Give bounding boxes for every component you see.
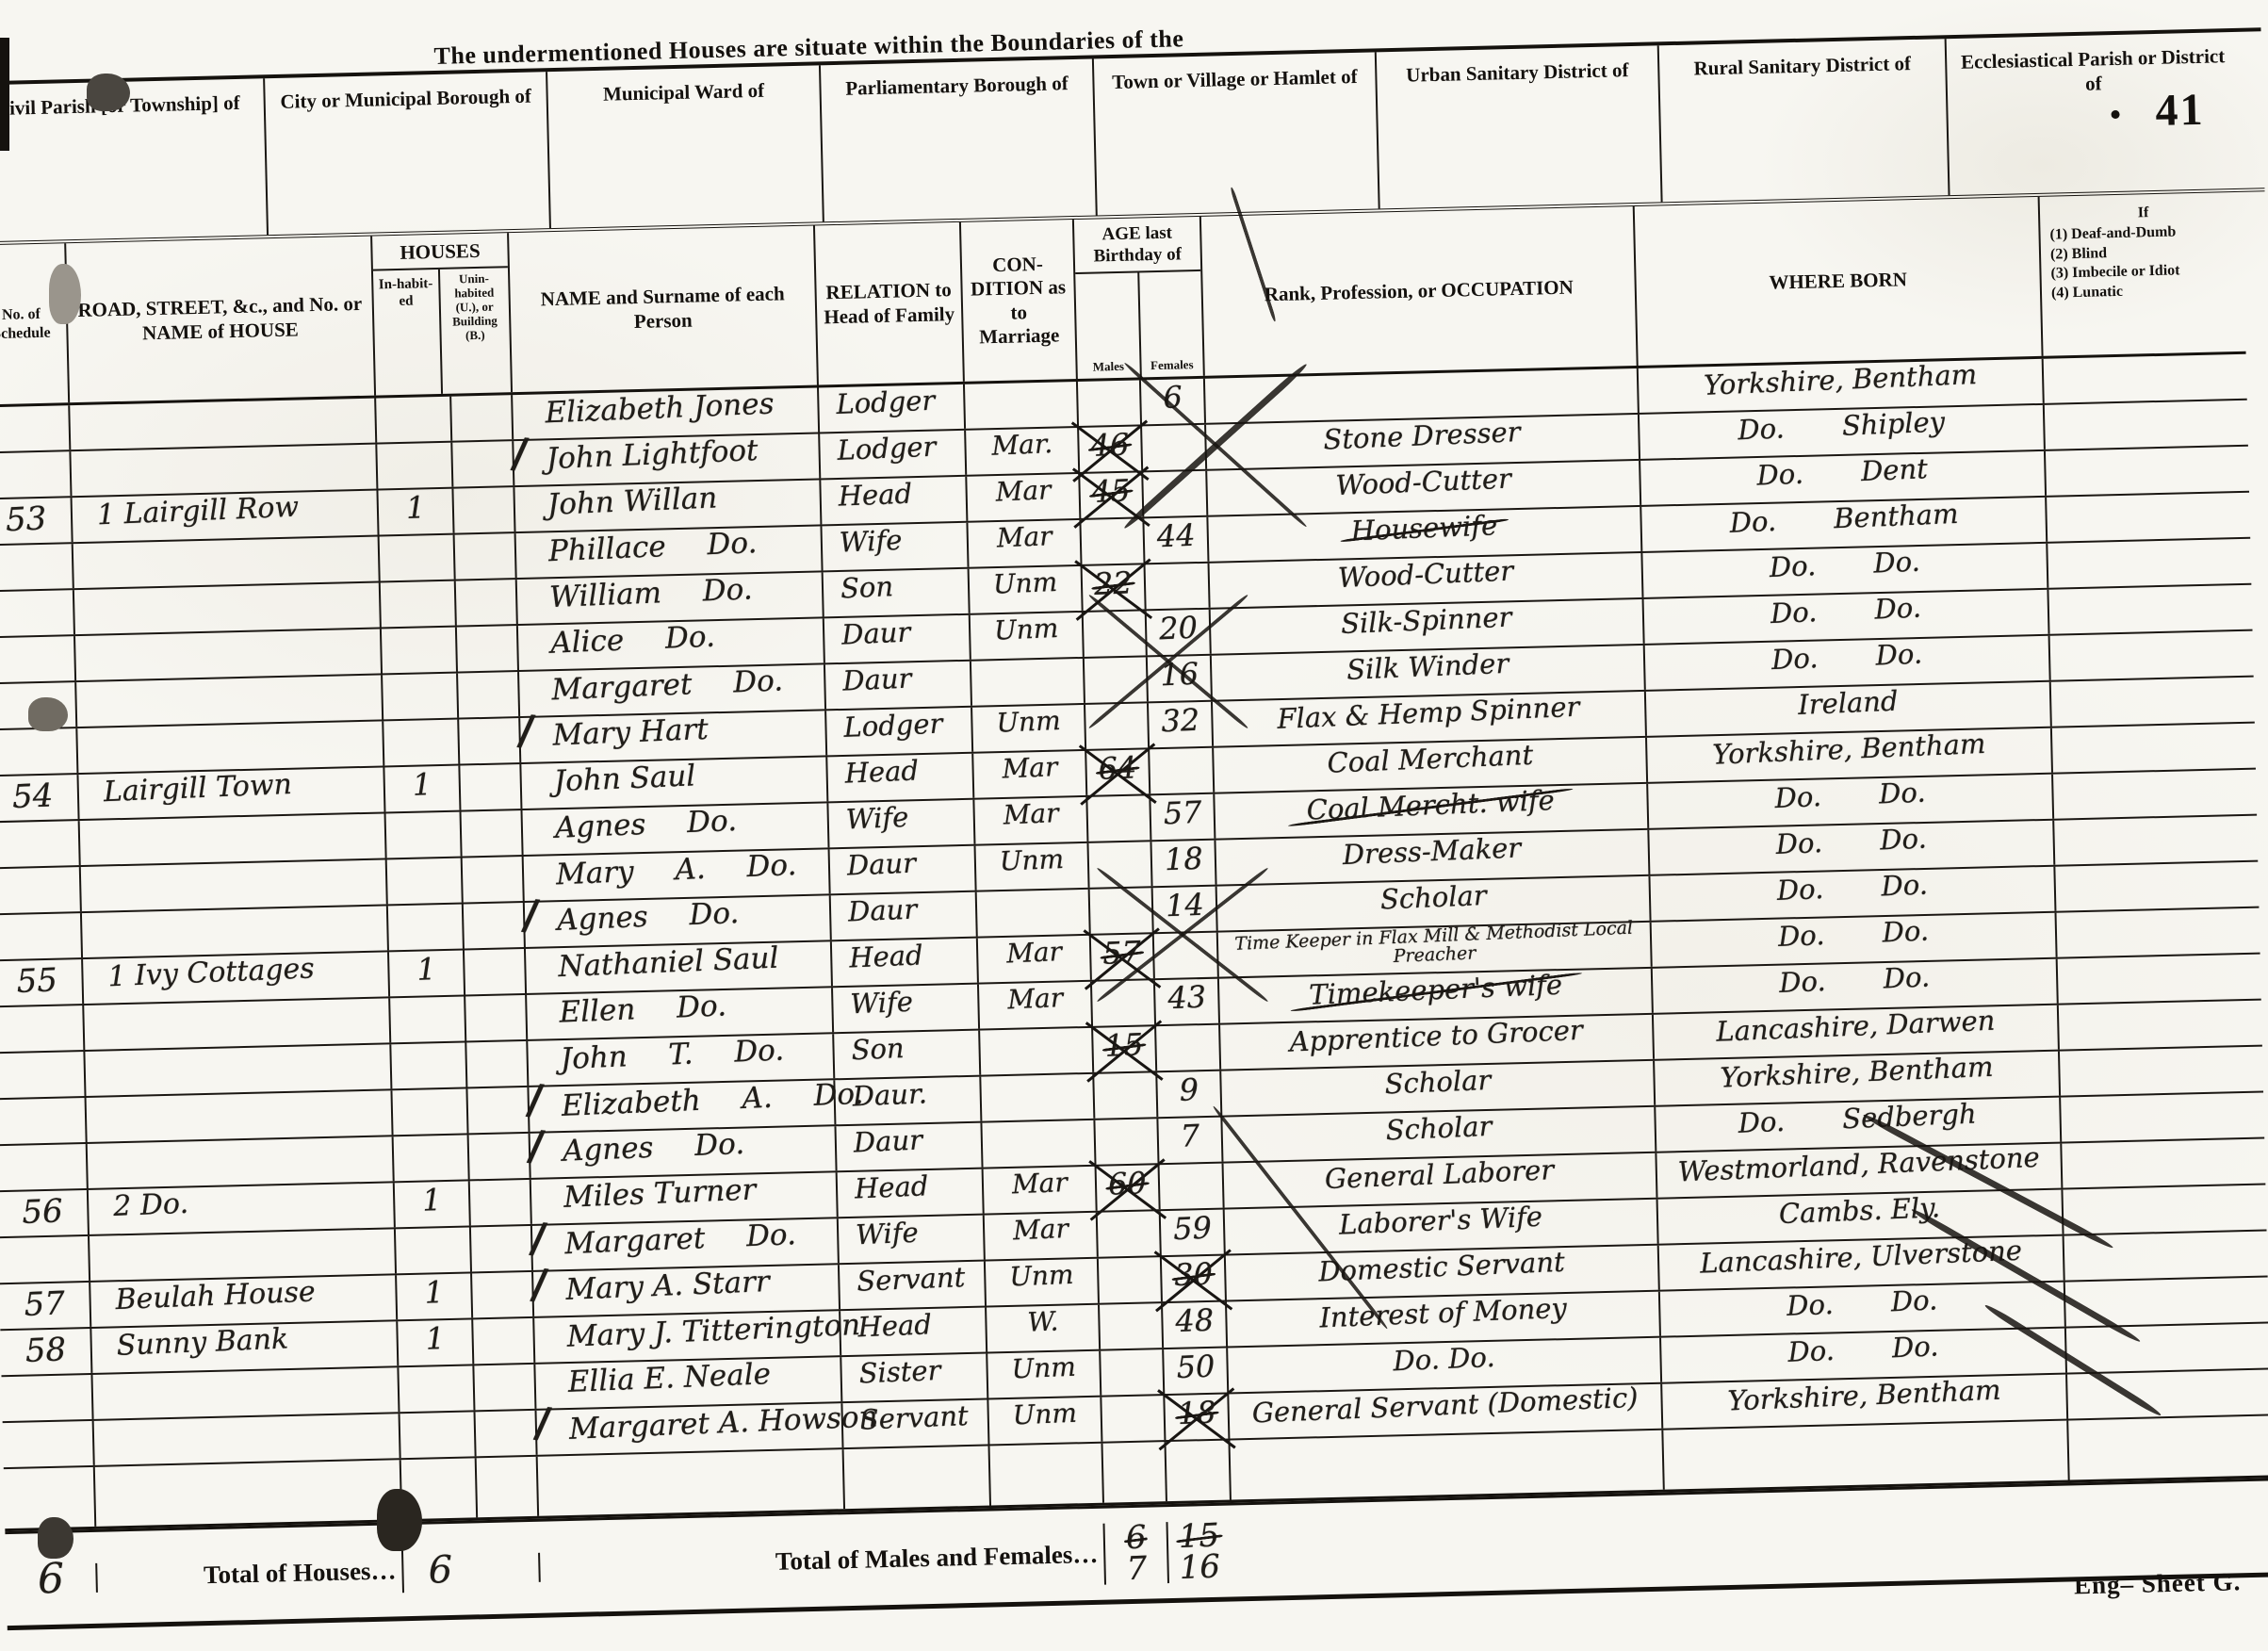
house-address	[69, 445, 376, 497]
where-born: Ireland	[1644, 682, 2050, 736]
relation-to-head: Head	[830, 939, 977, 987]
infirmity	[2058, 1047, 2263, 1096]
age-female: 7	[1156, 1118, 1221, 1164]
person-name: William Do.	[515, 572, 823, 624]
houses-uninhabited	[468, 1180, 530, 1226]
person-name: ∕Elizabeth A. Do.	[527, 1080, 834, 1132]
where-born: Yorkshire, Bentham	[1637, 359, 2043, 413]
schedule-number	[3, 1421, 93, 1467]
where-born: Do. Do.	[1643, 636, 2049, 690]
infirmity	[2050, 724, 2256, 773]
females-total: 1516	[1166, 1521, 1232, 1583]
person-name: Ellen Do.	[525, 988, 832, 1039]
person-name: Agnes Do.	[520, 803, 827, 855]
header-houses-title: HOUSES	[372, 233, 508, 266]
house-address	[68, 399, 375, 450]
marriage-condition: Unm	[969, 613, 1083, 660]
age-male	[1097, 1257, 1161, 1303]
person-name: Miles Turner	[530, 1172, 837, 1224]
marriage-condition: Mar	[965, 474, 1079, 521]
house-address: Sunny Bank	[90, 1321, 397, 1373]
where-born: Do. Dent	[1639, 451, 2045, 505]
age-female: 9	[1155, 1071, 1220, 1118]
where-born: Do. Do.	[1659, 1329, 2065, 1382]
census-sheet-scan: The undermentioned Houses are situate wi…	[0, 0, 2268, 1651]
occupation: Domestic Servant	[1224, 1246, 1658, 1300]
person-name: Mary J. Titterington	[532, 1311, 840, 1363]
age-female: 50	[1162, 1349, 1227, 1395]
houses-uninhabited	[467, 1134, 530, 1180]
header-uninhabited: Unin-habited (U.), or Building (B.)	[437, 268, 511, 394]
marriage-condition: Mar	[983, 1213, 1097, 1260]
age-female: 30	[1160, 1256, 1225, 1302]
header-road: ROAD, STREET, &c., and No. or NAME of HO…	[64, 237, 374, 403]
schedule-number: 54	[0, 775, 78, 821]
schedule-number	[0, 636, 74, 682]
district-city-borough: City or Municipal Borough of	[263, 72, 549, 235]
marriage-condition	[975, 890, 1089, 937]
occupation: Dress-Maker	[1214, 830, 1648, 885]
schedule-number	[0, 1236, 89, 1283]
house-address	[78, 813, 385, 865]
age-male	[1079, 518, 1143, 564]
marriage-condition: W.	[985, 1305, 1099, 1352]
age-male: 46	[1077, 426, 1141, 472]
infirmity	[2055, 908, 2260, 957]
marriage-condition: Unm	[968, 566, 1082, 613]
houses-inhabited	[386, 905, 463, 951]
schedule-number: 58	[0, 1329, 90, 1375]
age-female: 43	[1153, 979, 1218, 1025]
houses-inhabited	[389, 1043, 465, 1089]
ink-blob	[28, 697, 68, 731]
house-address	[79, 859, 386, 911]
relation-to-head: Lodger	[817, 384, 964, 433]
where-born: Do. Do.	[1646, 775, 2052, 828]
district-label: Civil Parish [or Township] of	[0, 90, 264, 122]
infirmity	[2049, 678, 2255, 727]
houses-inhabited	[378, 535, 454, 581]
houses-total-label: Total of Houses…	[95, 1556, 402, 1593]
house-address	[90, 1367, 398, 1419]
houses-inhabited: 1	[387, 951, 464, 997]
schedule-number	[0, 913, 81, 959]
age-female: 44	[1142, 517, 1207, 564]
house-address: Beulah House	[89, 1275, 396, 1327]
age-male	[1088, 888, 1152, 934]
district-rural-sanitary: Rural Sanitary District of	[1657, 39, 1949, 202]
infirmity	[2052, 816, 2258, 865]
houses-uninhabited	[465, 1087, 528, 1134]
schedule-total: 6	[6, 1554, 96, 1604]
age-male	[1083, 657, 1147, 703]
census-sheet: The undermentioned Houses are situate wi…	[0, 0, 2268, 1645]
relation-to-head: Wife	[831, 985, 978, 1033]
district-label: Town or Village or Hamlet of	[1094, 63, 1376, 94]
person-name: ∕Agnes Do.	[529, 1126, 836, 1178]
houses-inhabited	[380, 628, 456, 674]
infirmity	[2043, 400, 2248, 450]
houses-uninhabited	[453, 533, 515, 580]
where-born: Lancashire, Darwen	[1652, 1005, 2058, 1059]
relation-to-head: Sister	[840, 1354, 987, 1402]
marriage-condition	[970, 659, 1084, 706]
age-male	[1098, 1303, 1162, 1349]
house-address	[82, 998, 389, 1050]
infirmity	[2064, 1323, 2268, 1372]
marriage-condition: Unm	[971, 705, 1085, 752]
occupation: Time Keeper in Flax Mill & Methodist Loc…	[1216, 923, 1651, 977]
header-infirmity: If(1) Deaf-and-Dumb(2) Blind(3) Imbecile…	[2038, 192, 2246, 356]
district-town-village: Town or Village or Hamlet of	[1092, 52, 1379, 215]
infirmity	[2057, 1001, 2262, 1050]
house-address	[88, 1229, 395, 1281]
houses-uninhabited	[456, 672, 518, 718]
age-female	[1148, 748, 1213, 794]
where-born: Do. Shipley	[1638, 405, 2044, 459]
age-male	[1099, 1349, 1163, 1396]
occupation: Wood-Cutter	[1205, 461, 1640, 515]
age-female: 16	[1146, 656, 1211, 702]
houses-uninhabited	[449, 395, 512, 441]
houses-inhabited	[399, 1412, 475, 1458]
where-born: Do. Do.	[1647, 821, 2053, 875]
marriage-condition: Unm	[984, 1259, 1098, 1306]
person-name: Mary A. Do.	[522, 849, 829, 901]
houses-inhabited	[375, 443, 451, 489]
relation-to-head: Daur	[828, 846, 975, 894]
age-male: 22	[1081, 564, 1145, 611]
marriage-condition: Mar.	[964, 428, 1078, 475]
marriage-condition: Mar	[977, 982, 1091, 1029]
age-male	[1096, 1211, 1160, 1257]
age-male	[1093, 1119, 1157, 1165]
relation-to-head: Wife	[837, 1216, 984, 1264]
age-female	[1144, 564, 1209, 610]
schedule-number: 56	[0, 1190, 88, 1236]
houses-inhabited	[381, 674, 457, 720]
age-female: 32	[1147, 702, 1212, 748]
marriage-condition: Mar	[966, 520, 1080, 567]
infirmity	[2056, 955, 2261, 1004]
occupation: Flax & Hemp Spinner	[1211, 692, 1645, 746]
houses-inhabited	[385, 858, 462, 905]
house-address	[86, 1136, 393, 1188]
where-born: Do. Do.	[1640, 544, 2047, 597]
marriage-condition	[963, 382, 1077, 429]
houses-uninhabited	[458, 764, 520, 810]
age-male	[1100, 1396, 1164, 1442]
header-relation: RELATION to Head of Family	[813, 222, 963, 385]
relation-to-head: Servant	[840, 1400, 987, 1448]
schedule-number	[0, 1005, 83, 1052]
houses-uninhabited	[455, 626, 517, 672]
houses-uninhabited	[461, 857, 523, 903]
house-address: 2 Do.	[87, 1183, 394, 1234]
where-born: Do. Do.	[1648, 867, 2054, 921]
header-houses-group: HOUSES In-habit-ed Unin-habited (U.), or…	[370, 233, 511, 395]
occupation: Scholar	[1219, 1061, 1654, 1116]
age-female: 18	[1150, 841, 1215, 887]
relation-to-head: Daur.	[833, 1077, 980, 1125]
houses-uninhabited	[462, 903, 524, 949]
houses-uninhabited	[472, 1365, 534, 1411]
age-male	[1090, 980, 1154, 1026]
ink-blob	[377, 1489, 422, 1551]
schedule-number: 53	[0, 498, 72, 544]
person-name: Nathaniel Saul	[524, 941, 831, 993]
houses-uninhabited	[470, 1272, 532, 1318]
schedule-number	[0, 867, 80, 913]
infirmity	[2047, 585, 2252, 634]
age-female	[1158, 1164, 1223, 1210]
district-label: Urban Sanitary District of	[1377, 57, 1658, 88]
relation-to-head: Head	[819, 477, 966, 525]
district-label: Parliamentary Borough of	[821, 71, 1093, 102]
header-age-males: Males	[1075, 272, 1139, 379]
district-label: Rural Sanitary District of	[1659, 50, 1946, 81]
age-male	[1086, 842, 1150, 888]
dot-mark	[2111, 110, 2119, 119]
houses-inhabited	[379, 581, 455, 628]
schedule-number	[0, 544, 73, 590]
marriage-condition	[978, 1028, 1092, 1075]
person-name: John Willan	[513, 480, 820, 531]
occupation: Interest of Money	[1225, 1292, 1659, 1347]
houses-inhabited	[390, 1088, 466, 1135]
houses-uninhabited	[454, 580, 516, 626]
houses-inhabited	[397, 1365, 473, 1412]
relation-to-head: Lodger	[824, 708, 971, 756]
ink-blob	[38, 1517, 73, 1559]
houses-uninhabited	[474, 1411, 536, 1457]
house-address	[85, 1090, 392, 1142]
where-born: Yorkshire, Bentham	[1645, 728, 2051, 782]
occupation: Laborer's Wife	[1223, 1200, 1657, 1254]
houses-inhabited	[374, 397, 450, 443]
person-name: ∕Margaret A. Howson	[535, 1403, 842, 1455]
page-number: 41	[2155, 84, 2205, 137]
where-born: Yorkshire, Bentham	[1660, 1375, 2066, 1429]
schedule-number	[0, 1144, 87, 1190]
age-male: 15	[1091, 1026, 1155, 1072]
infirmity	[2044, 447, 2249, 496]
person-name: Margaret Do.	[517, 664, 824, 716]
where-born: Do. Do.	[1658, 1283, 2064, 1336]
person-name: Ellia E. Neale	[533, 1357, 840, 1409]
relation-to-head: Daur	[829, 892, 976, 940]
marriage-condition: Unm	[974, 843, 1088, 891]
occupation: General Servant (Domestic)	[1227, 1384, 1661, 1439]
house-address	[74, 675, 382, 727]
houses-uninhabited	[460, 810, 522, 857]
district-civil-parish: Civil Parish [or Township] of	[0, 78, 267, 241]
relation-to-head: Lodger	[818, 431, 965, 479]
infirmity	[2061, 1185, 2266, 1234]
house-address: Lairgill Town	[76, 767, 383, 819]
header-condition: CON-DITION as to Marriage	[959, 220, 1076, 382]
header-age-title: AGE last Birthday of	[1074, 217, 1200, 269]
schedule-number	[0, 405, 69, 451]
infirmity	[2051, 770, 2257, 819]
schedule-number	[0, 1098, 86, 1144]
marriage-condition: Unm	[987, 1398, 1101, 1445]
house-address: 1 Ivy Cottages	[81, 952, 388, 1004]
infirmity	[2048, 631, 2254, 680]
houses-total-value: 6	[401, 1547, 478, 1593]
district-urban-sanitary: Urban Sanitary District of	[1375, 45, 1661, 208]
where-born: Do. Bentham	[1640, 498, 2046, 551]
schedule-number	[0, 1052, 85, 1098]
houses-inhabited: 1	[376, 489, 452, 535]
schedule-number	[2, 1375, 92, 1421]
houses-inhabited: 1	[396, 1319, 472, 1365]
males-females-total-label: Total of Males and Females…	[538, 1540, 1104, 1582]
ink-blob	[87, 74, 130, 111]
infirmity	[2046, 539, 2251, 588]
header-age-females: Females	[1137, 270, 1203, 377]
marriage-condition: Mar	[976, 936, 1090, 983]
houses-inhabited	[388, 997, 465, 1043]
relation-to-head: Daur	[834, 1123, 981, 1171]
occupation: Silk-Spinner	[1209, 599, 1643, 654]
house-address	[75, 721, 383, 773]
header-inhabited: In-habit-ed	[373, 270, 441, 395]
person-name: Elizabeth Jones	[511, 388, 818, 440]
header-where-born: WHERE BORN	[1633, 197, 2042, 366]
age-male: 57	[1089, 934, 1153, 980]
occupation: Scholar	[1220, 1107, 1655, 1162]
males-total: 67	[1102, 1522, 1167, 1584]
person-name: ∕Agnes Do.	[523, 895, 830, 947]
district-ecclesiastical: Ecclesiastical Parish or District of 41	[1945, 32, 2243, 195]
relation-to-head: Head	[825, 754, 972, 802]
houses-inhabited	[392, 1135, 468, 1181]
house-address	[72, 537, 379, 589]
occupation: Wood-Cutter	[1208, 553, 1642, 608]
infirmity	[2042, 354, 2247, 403]
relation-to-head: Wife	[826, 800, 973, 848]
marriage-condition: Mar	[972, 797, 1086, 844]
district-label: Municipal Ward of	[547, 76, 820, 107]
infirmity	[2059, 1093, 2264, 1142]
houses-inhabited: 1	[383, 766, 459, 812]
occupation: Coal Mercht. wife	[1213, 784, 1647, 839]
houses-uninhabited	[471, 1318, 533, 1365]
person-name: Alice Do.	[516, 618, 824, 670]
relation-to-head: Head	[839, 1308, 986, 1356]
schedule-number: 55	[0, 959, 82, 1005]
marriage-condition	[980, 1120, 1094, 1168]
age-female: 48	[1161, 1302, 1226, 1349]
relation-to-head: Wife	[820, 523, 967, 571]
header-age-group: AGE last Birthday of Males Females	[1072, 217, 1203, 379]
marriage-condition: Unm	[986, 1351, 1100, 1398]
scan-edge	[0, 38, 9, 151]
sheet-footer-note: Eng– Sheet G.	[2074, 1567, 2242, 1600]
relation-to-head: Son	[832, 1031, 979, 1079]
age-male: 60	[1095, 1165, 1159, 1211]
houses-inhabited: 1	[395, 1273, 471, 1319]
infirmity	[2060, 1139, 2265, 1188]
occupation: Housewife	[1206, 507, 1640, 562]
houses-inhabited	[394, 1227, 470, 1273]
houses-inhabited: 1	[393, 1181, 469, 1227]
occupation: Stone Dresser	[1204, 415, 1639, 469]
person-name: ∕John Lightfoot	[512, 433, 819, 485]
house-address	[92, 1414, 400, 1465]
houses-inhabited	[384, 812, 461, 858]
person-name: Phillace Do.	[514, 526, 822, 578]
person-name: ∕Margaret Do.	[530, 1218, 838, 1270]
marriage-condition: Mar	[982, 1167, 1096, 1214]
houses-uninhabited	[457, 718, 519, 764]
age-female: 18	[1163, 1395, 1228, 1441]
house-address	[83, 1044, 390, 1096]
age-male	[1085, 795, 1150, 842]
occupation: Timekeeper's wife	[1217, 969, 1652, 1023]
schedule-number	[0, 451, 70, 498]
district-parliamentary-borough: Parliamentary Borough of	[819, 59, 1096, 222]
infirmity	[2045, 493, 2250, 542]
person-name: ∕Mary Hart	[518, 711, 825, 762]
relation-to-head: Servant	[838, 1262, 985, 1310]
houses-uninhabited	[469, 1226, 531, 1272]
age-female: 59	[1159, 1210, 1224, 1256]
district-label: City or Municipal Borough of	[265, 83, 547, 114]
district-municipal-ward: Municipal Ward of	[546, 65, 823, 228]
where-born: Do. Do.	[1650, 913, 2056, 967]
house-address	[80, 906, 387, 957]
house-address	[73, 629, 381, 681]
age-female	[1154, 1025, 1219, 1071]
houses-inhabited	[382, 720, 458, 766]
schedule-number	[0, 821, 79, 867]
houses-uninhabited	[465, 1041, 527, 1087]
houses-uninhabited	[463, 949, 525, 995]
where-born: Yorkshire, Bentham	[1653, 1052, 2059, 1105]
relation-to-head: Daur	[824, 662, 971, 710]
occupation: Coal Merchant	[1212, 738, 1646, 793]
schedule-number	[0, 728, 76, 775]
schedule-number: 57	[0, 1283, 90, 1329]
occupation: Apprentice to Grocer	[1218, 1015, 1653, 1070]
relation-to-head: Son	[822, 569, 969, 617]
ink-smudge	[49, 264, 81, 324]
house-address: 1 Lairgill Row	[71, 491, 378, 543]
infirmity	[2053, 862, 2259, 911]
houses-uninhabited	[464, 995, 526, 1041]
marriage-condition: Mar	[971, 751, 1085, 798]
age-male	[1076, 380, 1140, 426]
where-born: Do. Do.	[1651, 959, 2057, 1013]
census-table: No. of Schedule ROAD, STREET, &c., and N…	[0, 191, 2268, 1630]
schedule-number	[0, 590, 73, 636]
age-male: 64	[1085, 749, 1149, 795]
age-female: 14	[1151, 887, 1216, 933]
person-name: ∕Mary A. Starr	[531, 1265, 839, 1316]
age-male	[1092, 1072, 1156, 1119]
age-female: 57	[1149, 794, 1214, 841]
houses-uninhabited	[451, 487, 514, 533]
person-name: John Saul	[519, 757, 826, 809]
header-name: NAME and Surname of each Person	[507, 226, 817, 393]
house-address	[73, 583, 380, 635]
where-born: Do. Do.	[1642, 590, 2048, 644]
relation-to-head: Daur	[823, 615, 970, 663]
age-male: 45	[1078, 472, 1142, 518]
relation-to-head: Head	[836, 1169, 983, 1218]
